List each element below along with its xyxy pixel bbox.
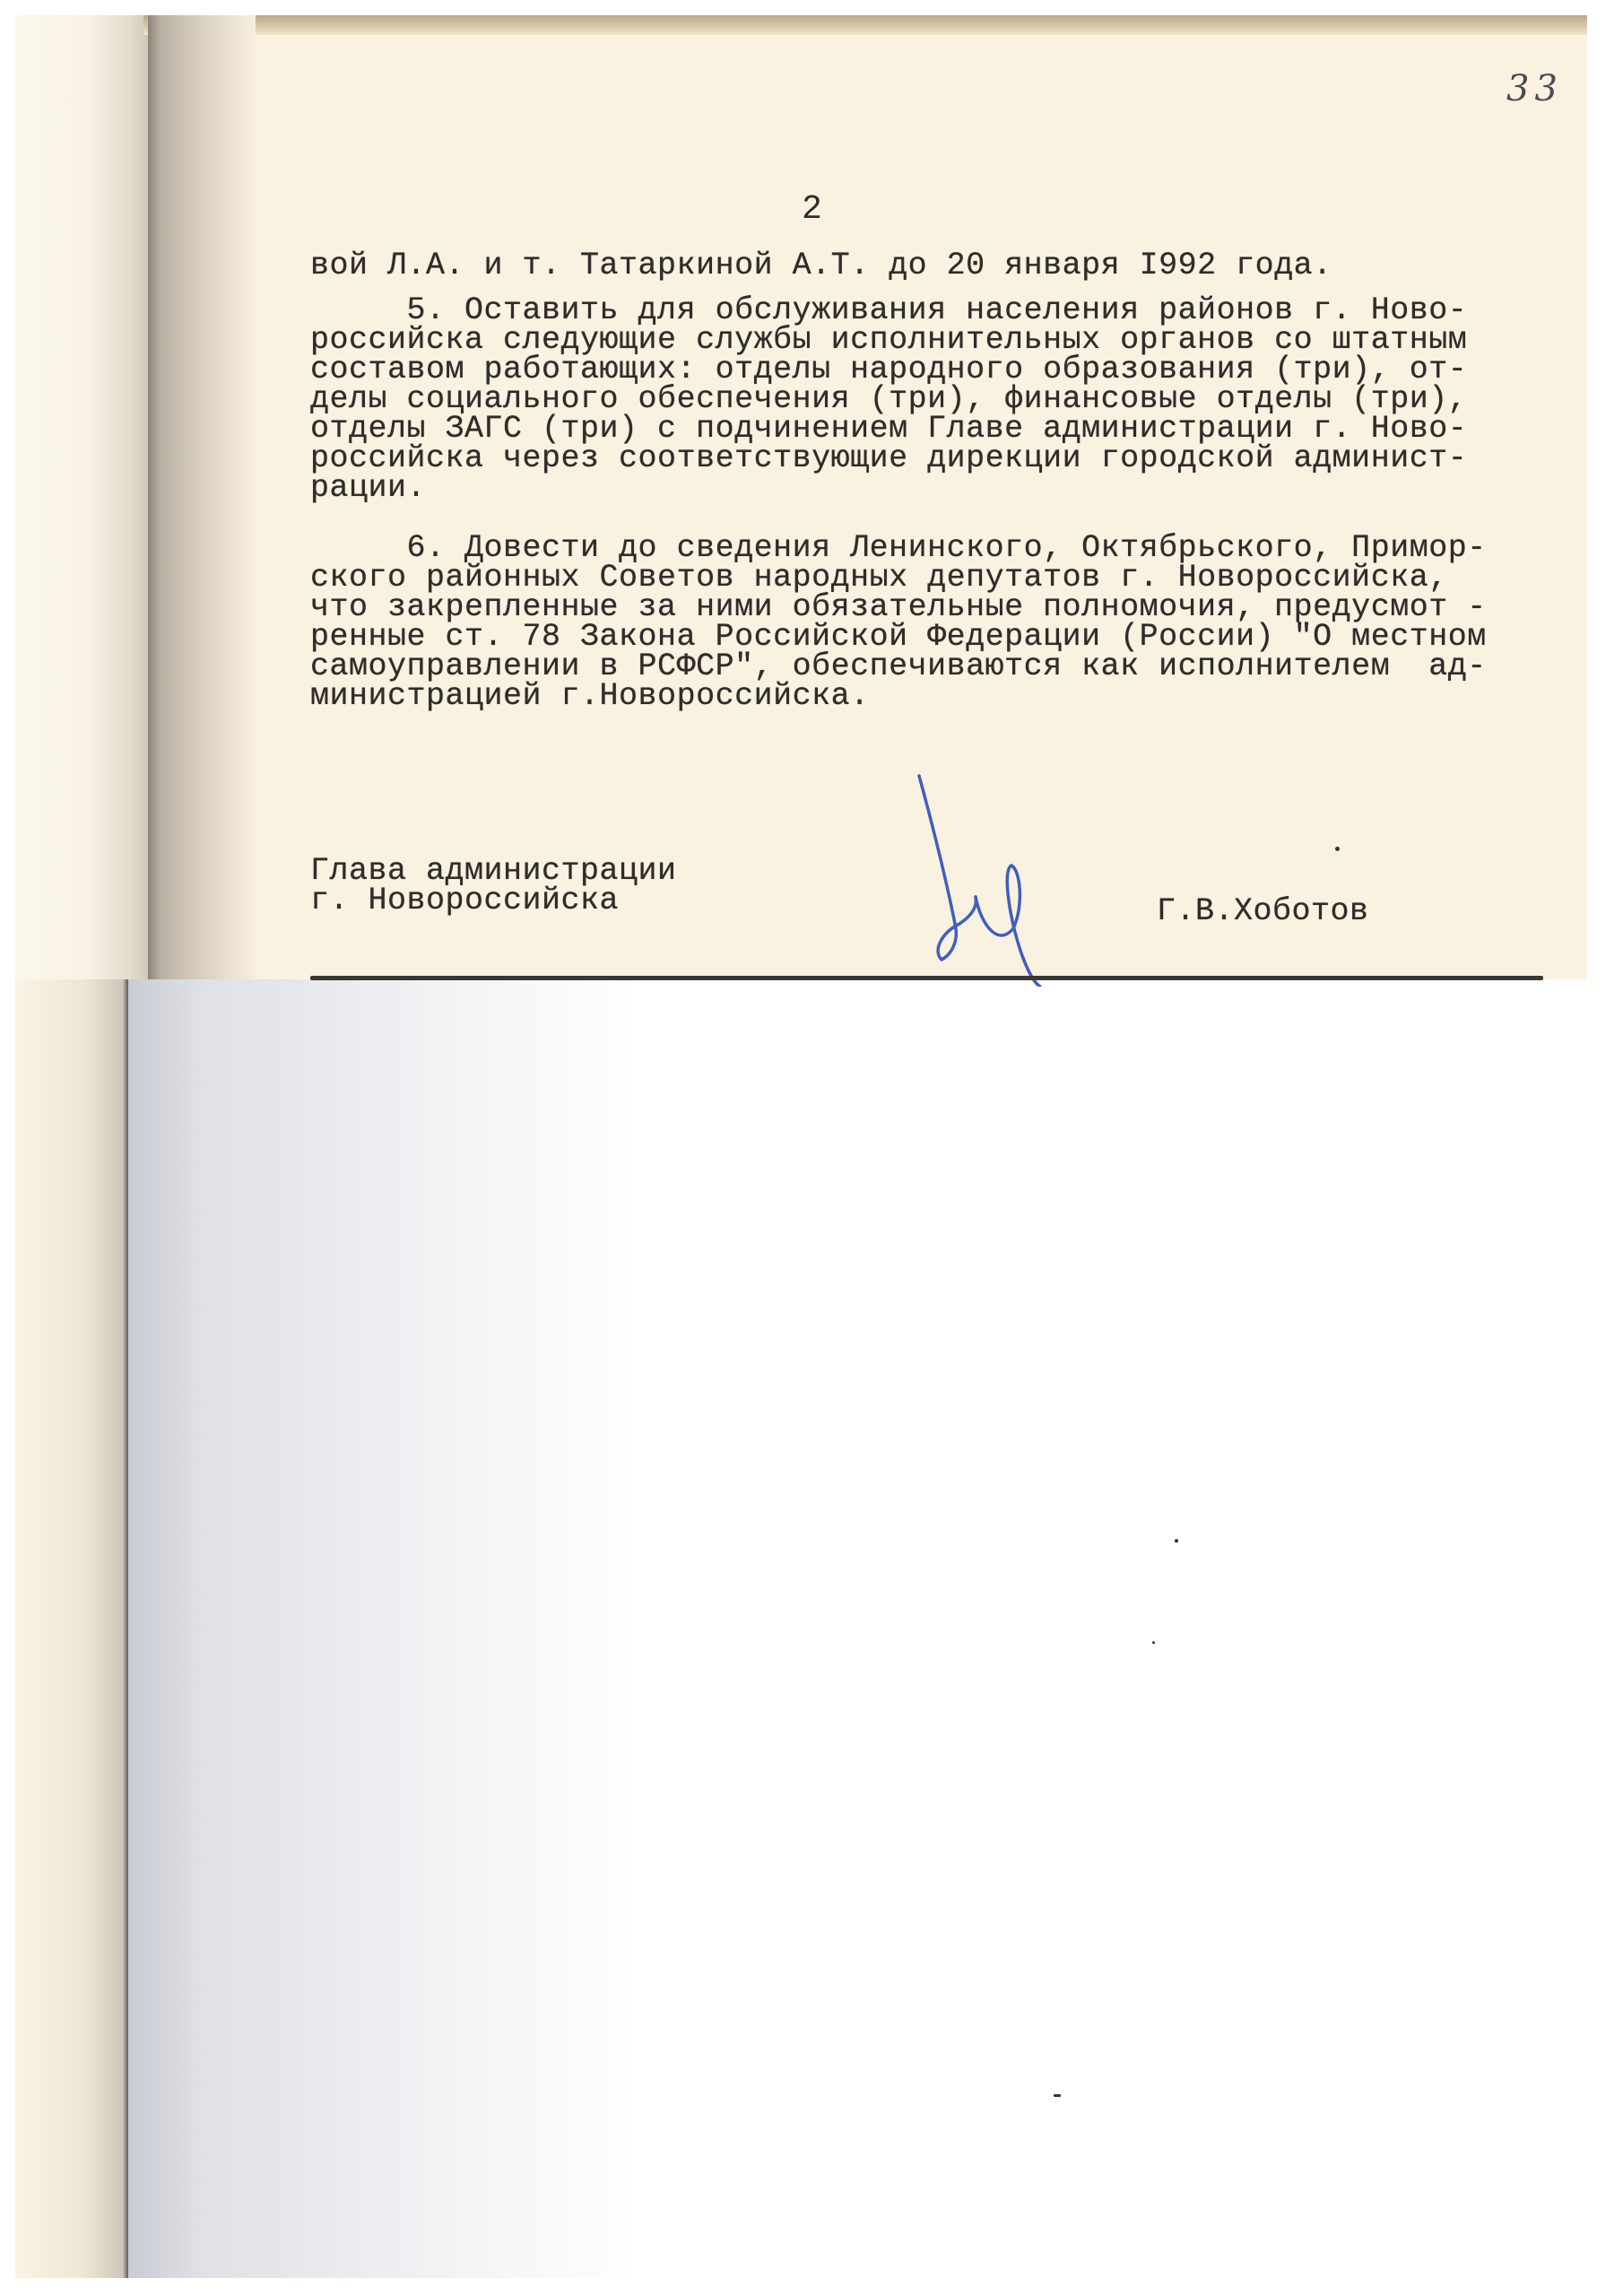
intro-line: вой Л.А. и т. Татаркиной А.Т. до 20 янва… bbox=[310, 251, 1332, 281]
text-line: рации. bbox=[310, 474, 426, 503]
signatory-name: Г.В.Хоботов bbox=[1157, 897, 1369, 926]
text-line: российска через соответствующие дирекции… bbox=[310, 444, 1467, 474]
page-number: 2 bbox=[802, 190, 822, 229]
dust-speck bbox=[1152, 1641, 1155, 1644]
binding-fold-shadow bbox=[148, 15, 256, 979]
paper-top-edge bbox=[143, 15, 1587, 35]
text-line: министрацией г.Новороссийска. bbox=[310, 682, 870, 711]
dust-speck bbox=[1175, 1539, 1178, 1543]
archive-folio-number: 33 bbox=[1506, 68, 1563, 109]
blank-lower-sheet bbox=[128, 979, 1587, 2278]
handwritten-signature bbox=[915, 771, 1121, 987]
lower-page-edge bbox=[15, 979, 128, 2278]
ink-speck bbox=[1335, 847, 1340, 851]
scan-right-margin bbox=[1587, 15, 1623, 2278]
signatory-city: г. Новороссийска bbox=[310, 886, 619, 916]
bottom-rule bbox=[310, 976, 1543, 980]
dust-speck bbox=[1054, 2094, 1061, 2097]
